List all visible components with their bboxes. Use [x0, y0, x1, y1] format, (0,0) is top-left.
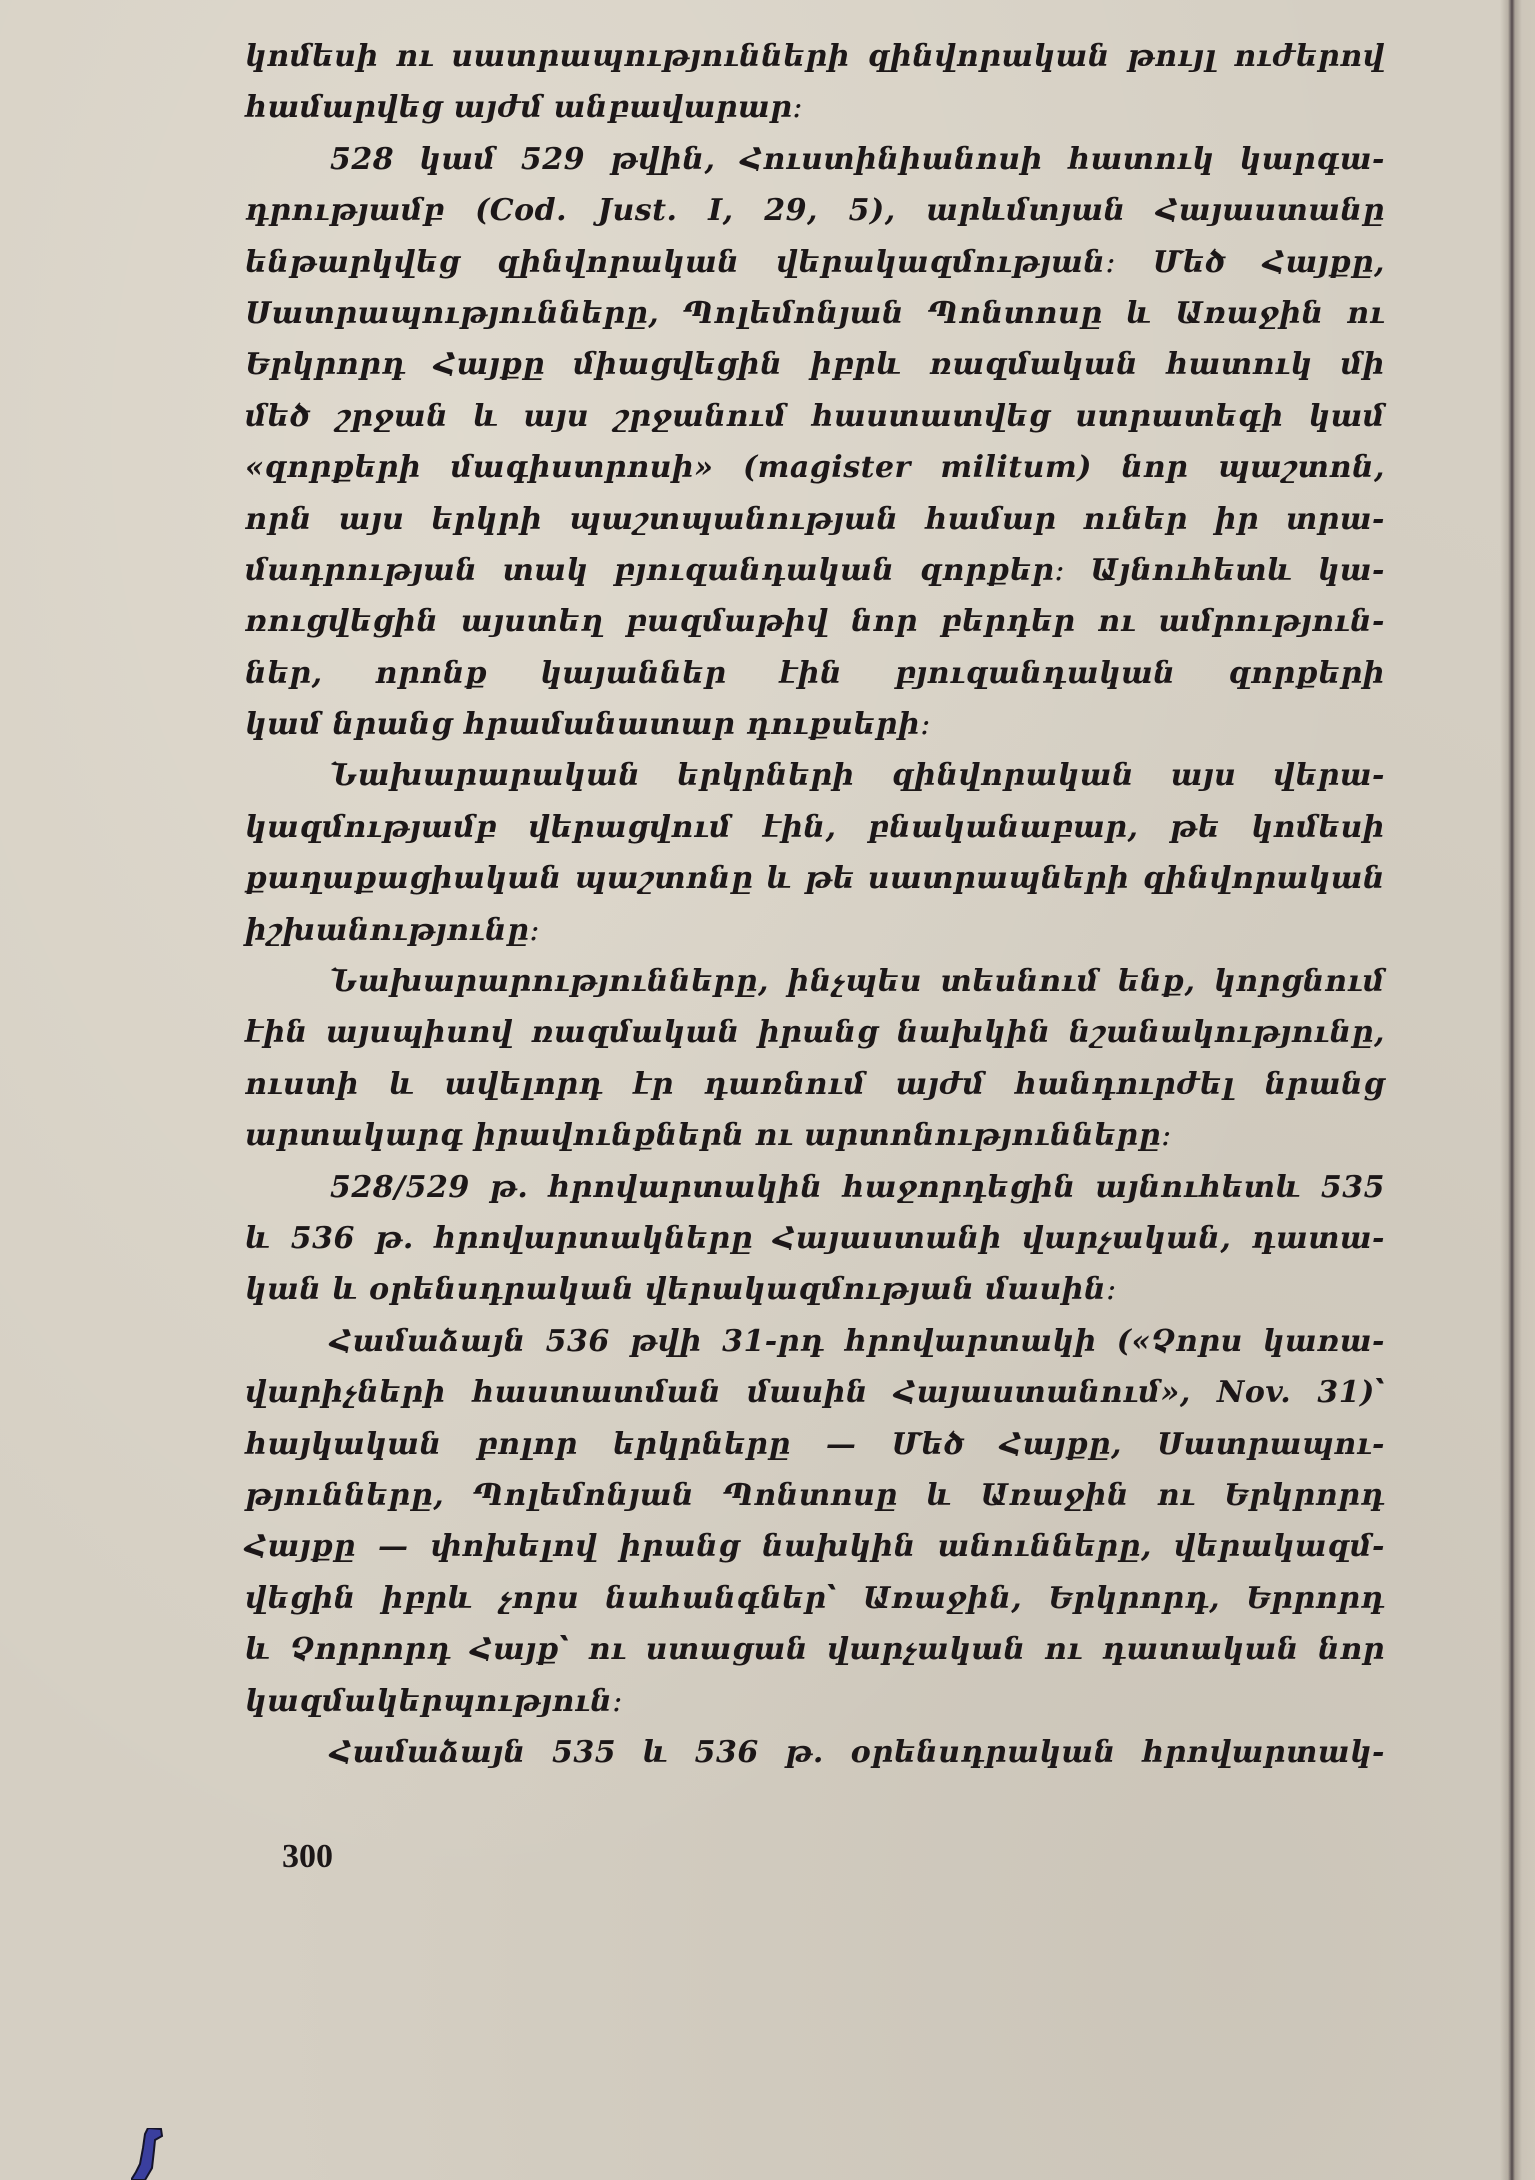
text-line: Սատրապությունները, Պոլեմոնյան Պոնտոսը և … — [245, 288, 1385, 339]
text-line: կոմեսի ու սատրապությունների զինվորական թ… — [245, 31, 1385, 82]
text-line: իշխանությունը։ — [245, 905, 1385, 956]
ink-stamp-mark-icon — [131, 2128, 181, 2180]
text-line: «զորքերի մագիստրոսի» (magister militum) … — [245, 442, 1385, 493]
text-line: արտակարգ իրավունքներն ու արտոնություններ… — [245, 1110, 1385, 1161]
text-line: ներ, որոնք կայաններ էին բյուզանդական զոր… — [245, 648, 1385, 699]
paragraph-first-line: Նախարարությունները, ինչպես տեսնում ենք, … — [245, 956, 1385, 1007]
scanned-book-page: կոմեսի ու սատրապությունների զինվորական թ… — [0, 0, 1535, 2180]
paragraph-first-line: Համաձայն 535 և 536 թ. օրենսդրական հրովար… — [245, 1727, 1385, 1778]
text-line: թյունները, Պոլեմոնյան Պոնտոսը և Առաջին ո… — [245, 1470, 1385, 1521]
text-line: ռուցվեցին այստեղ բազմաթիվ նոր բերդեր ու … — [245, 596, 1385, 647]
text-line: դրությամբ (Cod. Just. I, 29, 5), արևմտյա… — [245, 185, 1385, 236]
text-line: վարիչների հաստատման մասին Հայաստանում», … — [245, 1367, 1385, 1418]
text-line: էին այսպիսով ռազմական իրանց նախկին նշանա… — [245, 1007, 1385, 1058]
paragraph-first-line: 528/529 թ. հրովարտակին հաջորդեցին այնուհ… — [245, 1162, 1385, 1213]
text-line: կան և օրենսդրական վերակազմության մասին։ — [245, 1264, 1385, 1315]
paragraph-first-line: Համաձայն 536 թվի 31-րդ հրովարտակի («Չորս… — [245, 1316, 1385, 1367]
text-line: կազմությամբ վերացվում էին, բնականաբար, թ… — [245, 802, 1385, 853]
text-line: կազմակերպություն։ — [245, 1676, 1385, 1727]
text-line: կամ նրանց հրամանատար դուքսերի։ — [245, 699, 1385, 750]
text-line: համարվեց այժմ անբավարար։ — [245, 82, 1385, 133]
text-line: քաղաքացիական պաշտոնը և թե սատրապների զին… — [245, 853, 1385, 904]
text-line: մեծ շրջան և այս շրջանում հաստատվեց ստրատ… — [245, 391, 1385, 442]
text-line: մադրության տակ բյուզանդական զորքեր։ Այնո… — [245, 545, 1385, 596]
text-line: ենթարկվեց զինվորական վերակազմության։ Մեծ… — [245, 237, 1385, 288]
page-number: 300 — [282, 1838, 333, 1876]
text-line: ուստի և ավելորդ էր դառնում այժմ հանդուրժ… — [245, 1059, 1385, 1110]
text-line: Հայքը — փոխելով իրանց նախկին անունները, … — [245, 1521, 1385, 1572]
text-line: հայկական բոլոր երկրները — Մեծ Հայքը, Սատ… — [245, 1419, 1385, 1470]
text-line: և Չորրորդ Հայք՝ ու ստացան վարչական ու դա… — [245, 1624, 1385, 1675]
text-line: որն այս երկրի պաշտպանության համար ուներ … — [245, 494, 1385, 545]
paragraph-first-line: 528 կամ 529 թվին, Հուստինիանոսի հատուկ կ… — [245, 134, 1385, 185]
paragraph-first-line: Նախարարական երկրների զինվորական այս վերա… — [245, 750, 1385, 801]
text-line: Երկրորդ Հայքը միացվեցին իբրև ռազմական հա… — [245, 339, 1385, 390]
text-line: և 536 թ. հրովարտակները Հայաստանի վարչակա… — [245, 1213, 1385, 1264]
body-text: կոմեսի ու սատրապությունների զինվորական թ… — [245, 31, 1385, 1778]
book-gutter-edge — [1500, 0, 1535, 2180]
text-line: վեցին իբրև չորս նահանգներ՝ Առաջին, Երկրո… — [245, 1573, 1385, 1624]
